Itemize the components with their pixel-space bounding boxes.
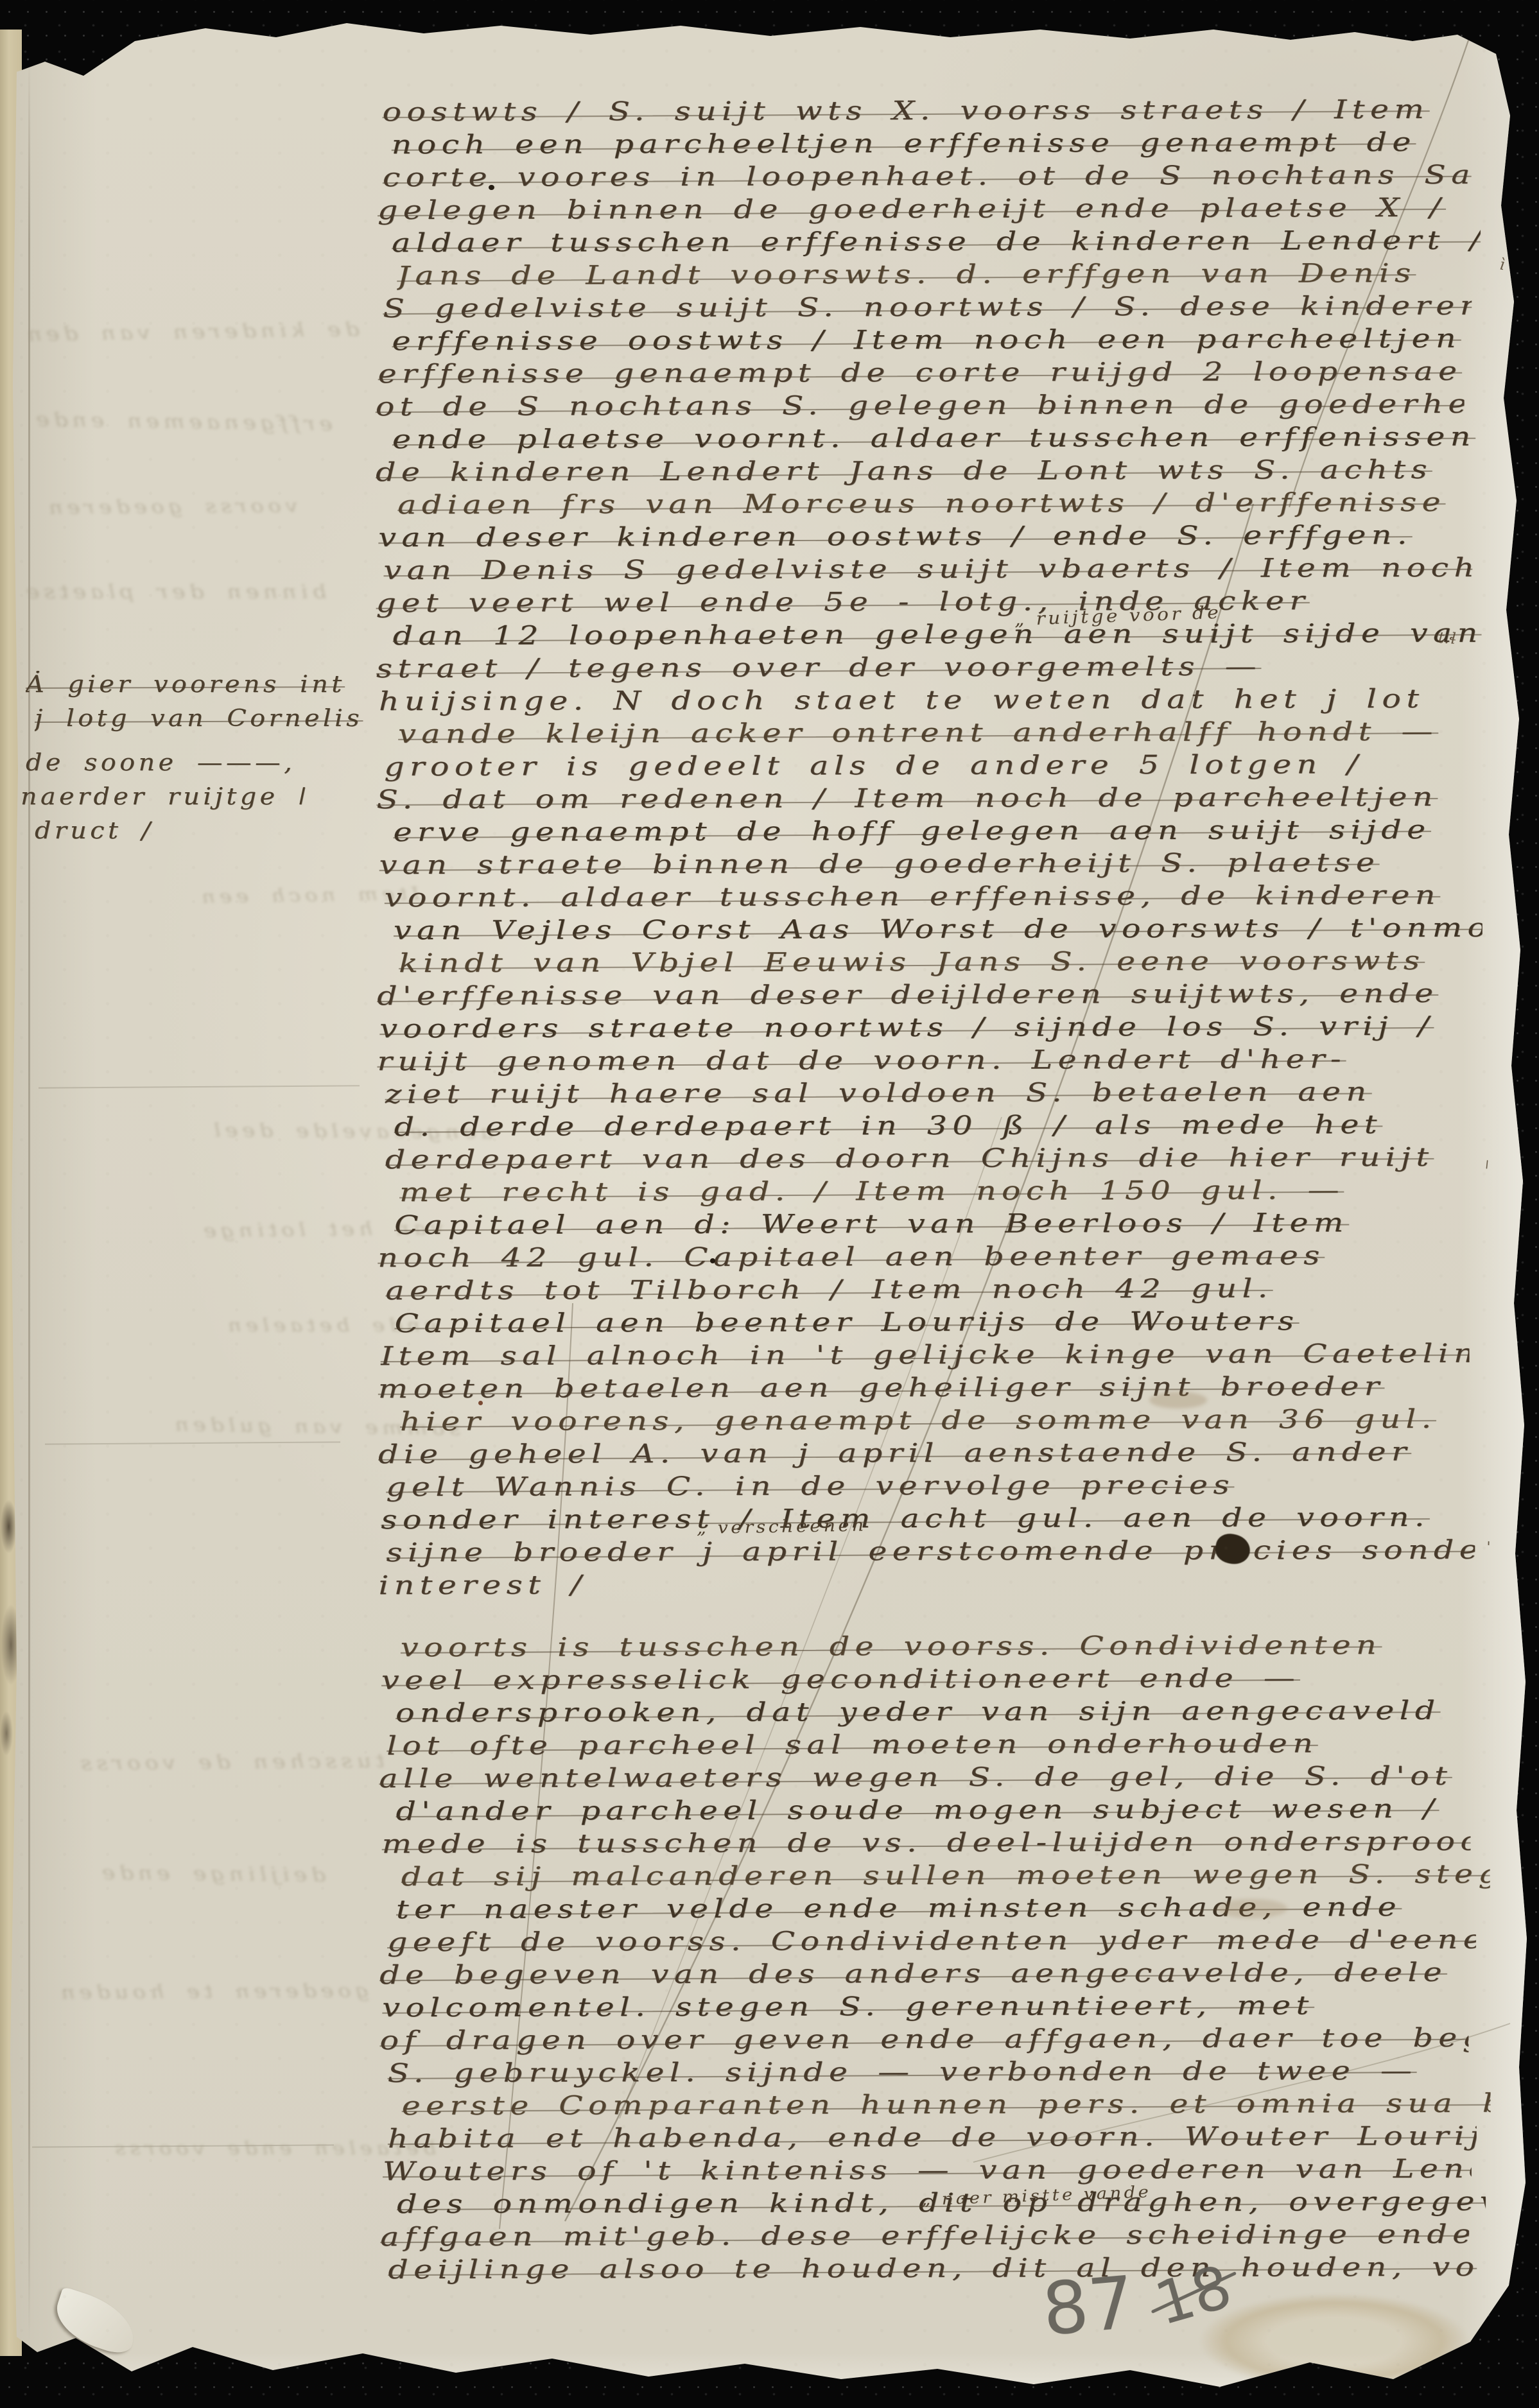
manuscript-line: veel expresselick geconditioneert ende — bbox=[381, 1662, 1300, 1697]
manuscript-line: van Vejles Corst Aas Worst de voorswts /… bbox=[394, 912, 1482, 948]
bleedthrough-rule bbox=[32, 2144, 334, 2147]
ghost-text-fragment: ende betaelen bbox=[223, 1315, 437, 1336]
manuscript-line: Wouters of 't kinteniss — van goederen v… bbox=[383, 2153, 1472, 2188]
manuscript-line: adiaen frs van Morceus noortwts / d'erff… bbox=[397, 487, 1446, 522]
ink-blot bbox=[1213, 1531, 1253, 1567]
brown-smudge bbox=[1217, 1899, 1287, 1918]
manuscript-line: alle wentelwaeters wegen S. de gel, die … bbox=[379, 1760, 1452, 1796]
manuscript-line: hier voorens, genaempt de somme van 36 g… bbox=[400, 1403, 1437, 1439]
ghost-text-fragment: Item noch een bbox=[197, 883, 420, 907]
manuscript-line: deijlinge alsoo te houden, dit al den ho… bbox=[388, 2251, 1477, 2287]
ghost-text-fragment: erffgenaemen ende bbox=[31, 408, 333, 435]
manuscript-line: noch een parcheeltjen erffenisse genaemp… bbox=[392, 126, 1416, 162]
manuscript-line: kindt van Vbjel Eeuwis Jans S. eene voor… bbox=[399, 945, 1425, 980]
manuscript-line: straet / tegens over der voorgemelts — bbox=[376, 651, 1262, 686]
ghost-text-fragment: deijlinge ende bbox=[98, 1862, 326, 1887]
manuscript-line: met recht is gad. / Item noch 150 gul. — bbox=[399, 1174, 1344, 1209]
manuscript-line: die geheel A. van j april aenstaende S. … bbox=[378, 1436, 1412, 1471]
bleedthrough-rule bbox=[39, 1085, 360, 1088]
manuscript-line: aerdts tot Tilborch / Item noch 42 gul. bbox=[385, 1273, 1273, 1308]
manuscript-line: vande kleijn acker ontrent anderhalff ho… bbox=[398, 716, 1438, 751]
ink-dot bbox=[478, 1401, 483, 1405]
ghost-text-fragment: tusschen de voorss bbox=[76, 1750, 385, 1775]
manuscript-scan: de kinderen van denerffgenaemen endevoor… bbox=[0, 0, 1539, 2408]
manuscript-line: mede is tusschen de vs. deel-luijden ond… bbox=[382, 1826, 1471, 1861]
manuscript-line: affgaen mit'geb. dese erffelijcke scheid… bbox=[380, 2219, 1469, 2254]
manuscript-line: huijsinge. N doch staet te weten dat het… bbox=[379, 683, 1425, 718]
ghost-text-fragment: goederen te houden bbox=[57, 1980, 369, 2004]
interlinear-insertion: „ naer mistte vande bbox=[921, 2182, 1151, 2208]
manuscript-line: van deser kinderen oostwts / ende S. erf… bbox=[378, 519, 1413, 555]
manuscript-line: grooter is gedeelt als de andere 5 lotge… bbox=[384, 749, 1363, 784]
margin-note-line: de soone ———, bbox=[26, 746, 295, 780]
manuscript-line: S gedelviste suijt S. noortwts / S. dese… bbox=[383, 290, 1472, 325]
edge-ink-mark: ‑ bbox=[1481, 1540, 1499, 1546]
ink-dot bbox=[489, 185, 494, 190]
manuscript-line: ter naester velde ende minsten schade, e… bbox=[396, 1891, 1402, 1927]
manuscript-line: get veert wel ende 5e - lotg., inde acke… bbox=[376, 585, 1310, 620]
manuscript-line: aldaer tusschen erffenisse de kinderen L… bbox=[392, 225, 1481, 260]
manuscript-line: interest / bbox=[379, 1569, 587, 1602]
ghost-text-fragment: betaelen ende voorss bbox=[110, 2138, 436, 2159]
manuscript-line: erffenisse genaempt de corte ruijgd 2 lo… bbox=[378, 356, 1463, 391]
margin-note-line: Ȧ gier voorens int bbox=[26, 668, 345, 702]
manuscript-line: de kinderen Lendert Jans de Lont wts S. … bbox=[376, 454, 1432, 489]
brown-smudge bbox=[1149, 1392, 1207, 1408]
margin-note: Ȧ gier voorens intj lotg van Cornelisde … bbox=[18, 668, 387, 848]
gutter-fold-line bbox=[28, 58, 30, 2343]
manuscript-line: voorts is tusschen de voorss. Condividen… bbox=[401, 1629, 1382, 1665]
manuscript-page: de kinderen van denerffgenaemen endevoor… bbox=[0, 0, 1539, 2408]
page-number-crossed-out: 18 bbox=[1148, 2252, 1239, 2339]
manuscript-line: oostwts / S. suijt wts X. voorss straets… bbox=[383, 94, 1430, 129]
edge-ink-mark: t.ɬ bbox=[1438, 628, 1457, 648]
manuscript-line: sonder interest / Item acht gul. aen de … bbox=[381, 1502, 1430, 1537]
manuscript-line: erve genaempt de hoff gelegen aen suijt … bbox=[393, 814, 1430, 849]
manuscript-line: S. gebruyckel. sijnde — verbonden de twe… bbox=[388, 2055, 1418, 2090]
manuscript-line: des onmondigen kindt, dit op draghen, ov… bbox=[397, 2186, 1486, 2221]
crease-lines bbox=[0, 0, 1539, 2408]
manuscript-line: van Denis S gedelviste suijt vbaerts / I… bbox=[383, 552, 1472, 587]
margin-note-line: naerder ruijtge ǀ bbox=[21, 780, 309, 814]
manuscript-line: corte voores in loopenhaet. ot de S noch… bbox=[383, 159, 1472, 195]
margin-note-line: j lotg van Cornelis bbox=[35, 702, 363, 736]
manuscript-line: lot ofte parcheel sal moeten onderhouden bbox=[387, 1728, 1318, 1763]
manuscript-line: volcomentel. stegen S. gerenuntieert, me… bbox=[382, 1989, 1314, 2025]
manuscript-line: ende plaetse voornt. aldaer tusschen erf… bbox=[392, 421, 1476, 456]
margin-note-line: druct / bbox=[35, 814, 154, 848]
body-text: oostwts / S. suijt wts X. voorss straets… bbox=[375, 94, 1471, 2287]
manuscript-line: voornt. aldaer tusschen erffenisse, de k… bbox=[385, 879, 1441, 915]
ghost-text-fragment: van het lotinge bbox=[199, 1217, 443, 1242]
manuscript-line: d'erffenisse van deser deijlderen suijtw… bbox=[377, 978, 1439, 1013]
ghost-text-fragment: de kinderen van den bbox=[23, 318, 360, 346]
manuscript-line: erffenisse oostwts / Item noch een parch… bbox=[392, 323, 1461, 358]
manuscript-line: noch 42 gul. Capitael aen beenter gemaes bbox=[378, 1240, 1325, 1275]
manuscript-line: d'ander parcheel soude mogen subject wes… bbox=[396, 1793, 1439, 1828]
long-crease-fork bbox=[620, 1117, 1002, 2118]
manuscript-line: moeten betaelen aen geheiliger sijnt bro… bbox=[378, 1371, 1385, 1406]
manuscript-line: van straete binnen de goederheijt S. pla… bbox=[379, 847, 1380, 882]
bottom-right-crease bbox=[973, 2023, 1510, 2162]
manuscript-line: Jans de Landt voorswts. d. erffgen van D… bbox=[397, 257, 1416, 293]
manuscript-line: ot de S nochtans S. gelegen binnen de go… bbox=[376, 388, 1465, 424]
manuscript-line: Capitael aen d: Weert van Beerloos / Ite… bbox=[394, 1207, 1349, 1242]
manuscript-line: sijne broeder j april eerstcomende preci… bbox=[386, 1534, 1475, 1570]
manuscript-line: eerste Comparanten hunnen pers. et omnia… bbox=[402, 2088, 1491, 2123]
page-number-pencil: 87 bbox=[1039, 2261, 1138, 2352]
interlinear-insertion: „ verscheenen bbox=[697, 1516, 867, 1538]
ink-dot bbox=[710, 1258, 715, 1263]
manuscript-line: gelegen binnen de goederheijt ende plaet… bbox=[378, 192, 1446, 227]
manuscript-line: dan 12 loopenhaeten gelegen aen suijt si… bbox=[393, 618, 1482, 653]
manuscript-line: habita et habenda, ende de voorn. Wouter… bbox=[388, 2120, 1477, 2156]
top-right-crease bbox=[1289, 31, 1472, 507]
manuscript-line: ondersprooken, dat yeder van sijn aengec… bbox=[396, 1695, 1441, 1730]
manuscript-line: d. derde derdepaert in 30 ß / als mede h… bbox=[394, 1109, 1382, 1144]
bleedthrough-rule bbox=[45, 1441, 340, 1444]
left-crease bbox=[500, 1303, 573, 2229]
manuscript-line: gelt Wannis C. in de vervolge precies bbox=[386, 1469, 1235, 1504]
manuscript-line: de begeven van des anders aengecavelde, … bbox=[379, 1957, 1447, 1992]
manuscript-line: ziet ruijt haere sal voldoen S. betaelen… bbox=[385, 1076, 1372, 1111]
edge-ink-mark: ì bbox=[1499, 256, 1506, 274]
ghost-text-fragment: voorss goederen bbox=[44, 495, 298, 519]
manuscript-line: Capitael aen beenter Lourijs de Wouters bbox=[394, 1305, 1299, 1340]
ghost-text-fragment: aengecavelde deel bbox=[209, 1119, 493, 1143]
edge-ink-mark: ‒ bbox=[1479, 1159, 1497, 1170]
manuscript-line: dat sij malcanderen sullen moeten wegen … bbox=[401, 1858, 1490, 1894]
manuscript-line: S. dat om redenen / Item noch de parchee… bbox=[376, 781, 1438, 817]
manuscript-line: Item sal alnoch in 't gelijcke kinge van… bbox=[381, 1338, 1470, 1373]
ghost-text-fragment: somme van gulden bbox=[170, 1414, 460, 1440]
manuscript-line: derdepaert van des doorn Chijns die hier… bbox=[385, 1141, 1434, 1177]
manuscript-line: ruijt genomen dat de voorn. Lendert d'he… bbox=[377, 1043, 1346, 1078]
manuscript-line: of dragen over geven ende affgaen, daer … bbox=[379, 2022, 1468, 2057]
long-crease bbox=[565, 504, 1253, 2221]
ghost-text-fragment: binnen der plaetse bbox=[22, 581, 326, 603]
manuscript-line: voorders straete noortwts / sijnde los S… bbox=[379, 1010, 1434, 1046]
interlinear-insertion: „ ruijtge voor de bbox=[1014, 603, 1221, 630]
manuscript-line: geeft de voorss. Condividenten yder mede… bbox=[387, 1924, 1476, 1959]
